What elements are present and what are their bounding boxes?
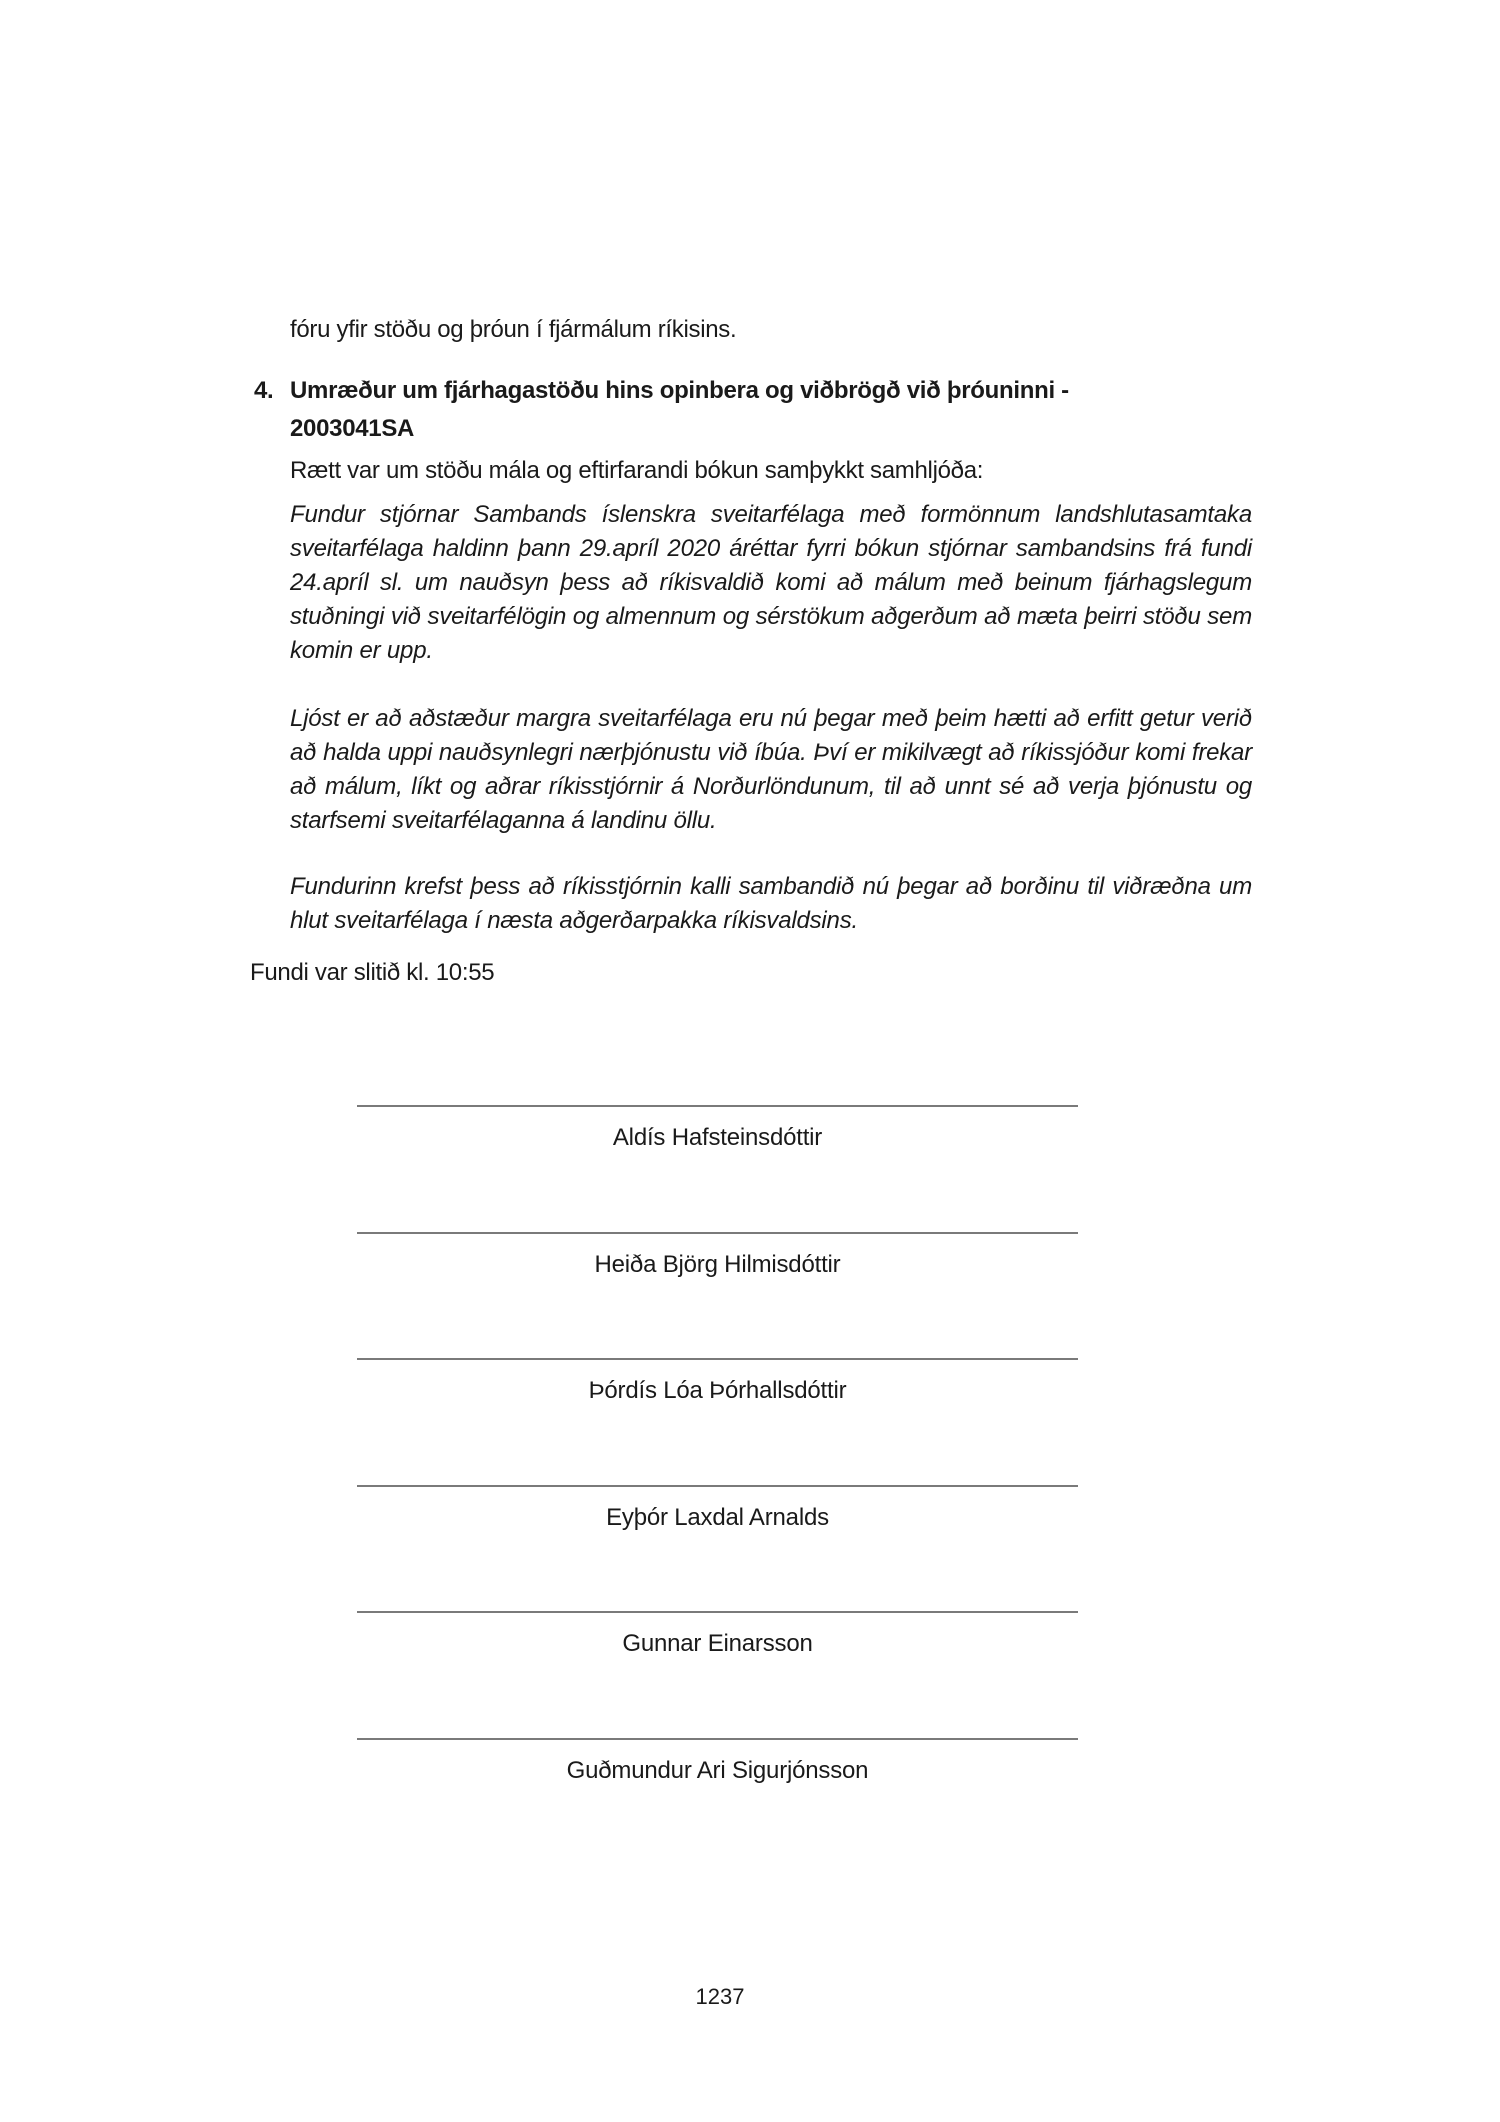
signature-line <box>357 1485 1078 1487</box>
signature-block: Guðmundur Ari Sigurjónsson <box>357 1738 1078 1788</box>
agenda-item-number: 4. <box>254 372 273 410</box>
signature-line <box>357 1232 1078 1234</box>
resolution-paragraph: Fundurinn krefst þess að ríkisstjórnin k… <box>290 870 1252 938</box>
signature-block: Aldís Hafsteinsdóttir <box>357 1105 1078 1155</box>
signatory-name: Þórdís Lóa Þórhallsdóttir <box>357 1374 1078 1408</box>
resolution-paragraph: Ljóst er að aðstæður margra sveitarfélag… <box>290 702 1252 838</box>
signature-line <box>357 1611 1078 1613</box>
signature-line <box>357 1105 1078 1107</box>
signature-block: Eyþór Laxdal Arnalds <box>357 1485 1078 1535</box>
page-number: 1237 <box>0 1984 1440 2010</box>
resolution-paragraph: Fundur stjórnar Sambands íslenskra sveit… <box>290 498 1252 668</box>
document-page: fóru yfir stöðu og þróun í fjármálum rík… <box>0 0 1500 2122</box>
signatory-name: Aldís Hafsteinsdóttir <box>357 1121 1078 1155</box>
agenda-item-intro: Rætt var um stöðu mála og eftirfarandi b… <box>290 454 983 488</box>
signatory-name: Heiða Björg Hilmisdóttir <box>357 1248 1078 1282</box>
signatory-name: Guðmundur Ari Sigurjónsson <box>357 1754 1078 1788</box>
signatory-name: Gunnar Einarsson <box>357 1627 1078 1661</box>
continuation-text: fóru yfir stöðu og þróun í fjármálum rík… <box>290 313 736 347</box>
agenda-item-title: Umræður um fjárhagastöðu hins opinbera o… <box>290 372 1150 448</box>
signature-line <box>357 1738 1078 1740</box>
signature-block: Gunnar Einarsson <box>357 1611 1078 1661</box>
signature-block: Heiða Björg Hilmisdóttir <box>357 1232 1078 1282</box>
signature-block: Þórdís Lóa Þórhallsdóttir <box>357 1358 1078 1408</box>
meeting-closing: Fundi var slitið kl. 10:55 <box>250 956 494 990</box>
signature-line <box>357 1358 1078 1360</box>
signatory-name: Eyþór Laxdal Arnalds <box>357 1501 1078 1535</box>
